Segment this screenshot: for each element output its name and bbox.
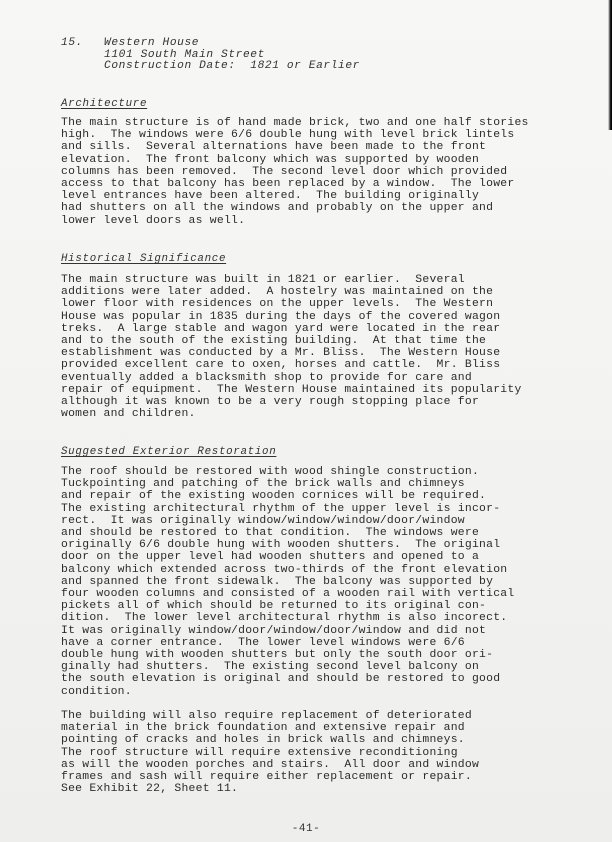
text-line: have a corner entrance. The lower level … — [61, 637, 561, 649]
text-line: additions were later added. A hostelry w… — [61, 286, 561, 298]
text-line: balcony which extended across two-thirds… — [61, 564, 561, 576]
text-line: originally 6/6 double hung with wooden s… — [61, 539, 561, 551]
text-line: access to that balcony has been replaced… — [61, 178, 561, 190]
text-line: the south elevation is original and shou… — [61, 673, 561, 685]
text-line: lower floor with residences on the upper… — [61, 298, 561, 310]
text-line: pickets all of which should be returned … — [61, 600, 561, 612]
page-number: -41- — [0, 823, 612, 835]
text-line: The existing architectural rhythm of the… — [61, 503, 561, 515]
building-name: Western House — [104, 38, 199, 50]
section-title-suggested-exterior-restoration: Suggested Exterior Restoration — [61, 446, 276, 458]
text-line: high. The windows were 6/6 double hung w… — [61, 129, 561, 141]
text-line: material in the brick foundation and ext… — [61, 722, 561, 734]
text-line: The main structure is of hand made brick… — [61, 117, 561, 129]
text-line: and to the south of the existing buildin… — [61, 335, 561, 347]
text-line: level entrances have been altered. The b… — [61, 190, 561, 202]
text-line: It was originally window/door/window/doo… — [61, 625, 561, 637]
text-line: elevation. The front balcony which was s… — [61, 154, 561, 166]
paragraph-restoration-2: The building will also require replaceme… — [61, 710, 561, 795]
text-line: provided excellent care to oxen, horses … — [61, 359, 561, 371]
text-line: The roof should be restored with wood sh… — [61, 466, 561, 478]
section-title-historical-significance: Historical Significance — [61, 253, 226, 265]
section-title-architecture: Architecture — [61, 98, 147, 110]
text-line: House was popular in 1835 during the day… — [61, 311, 561, 323]
paragraph-restoration-1: The roof should be restored with wood sh… — [61, 466, 561, 698]
text-line: although it was known to be a very rough… — [61, 396, 561, 408]
document-page: 15. Western House 1101 South Main Street… — [0, 0, 612, 842]
text-line: four wooden columns and consisted of a w… — [61, 588, 561, 600]
text-line: columns has been removed. The second lev… — [61, 166, 561, 178]
text-line: and sills. Several alternations have bee… — [61, 141, 561, 153]
text-line: and spanned the front sidewalk. The balc… — [61, 576, 561, 588]
text-line: eventually added a blacksmith shop to pr… — [61, 372, 561, 384]
text-line: The main structure was built in 1821 or … — [61, 274, 561, 286]
entry-number: 15. — [61, 38, 104, 50]
text-line: and repair of the existing wooden cornic… — [61, 490, 561, 502]
text-line: lower level doors as well. — [61, 215, 561, 227]
entry-header: 15. Western House 1101 South Main Street… — [61, 38, 360, 73]
text-line: and should be restored to that condition… — [61, 527, 561, 539]
text-line: double hung with wooden shutters but onl… — [61, 649, 561, 661]
text-line: treks. A large stable and wagon yard wer… — [61, 323, 561, 335]
text-line: rect. It was originally window/window/wi… — [61, 515, 561, 527]
text-line: pointing of cracks and holes in brick wa… — [61, 734, 561, 746]
text-line: door on the upper level had wooden shutt… — [61, 551, 561, 563]
text-line: See Exhibit 22, Sheet 11. — [61, 783, 561, 795]
text-line: condition. — [61, 686, 561, 698]
text-line: The roof structure will require extensiv… — [61, 747, 561, 759]
text-line: as will the wooden porches and stairs. A… — [61, 759, 561, 771]
text-line: had shutters on all the windows and prob… — [61, 202, 561, 214]
text-line: establishment was conducted by a Mr. Bli… — [61, 347, 561, 359]
text-line: women and children. — [61, 408, 561, 420]
text-line: dition. The lower level architectural rh… — [61, 612, 561, 624]
text-line: repair of equipment. The Western House m… — [61, 384, 561, 396]
paragraph-historical-significance: The main structure was built in 1821 or … — [61, 274, 561, 420]
text-line: The building will also require replaceme… — [61, 710, 561, 722]
scan-edge-shadow — [608, 0, 612, 130]
construction-date: Construction Date: 1821 or Earlier — [104, 61, 360, 73]
text-line: frames and sash will require either repl… — [61, 771, 561, 783]
text-line: Tuckpointing and patching of the brick w… — [61, 478, 561, 490]
text-line: ginally had shutters. The existing secon… — [61, 661, 561, 673]
paragraph-architecture: The main structure is of hand made brick… — [61, 117, 561, 227]
